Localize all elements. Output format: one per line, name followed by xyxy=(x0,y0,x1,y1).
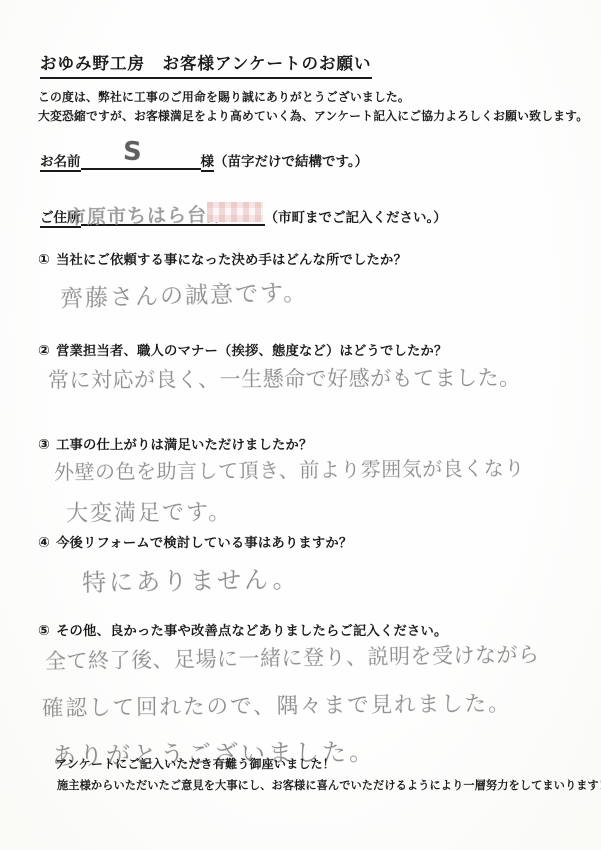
page-title: おゆみ野工房 お客様アンケートのお願い xyxy=(40,50,372,79)
question-1: ①当社にご依頼する事になった決め手はどんな所でしたか？ xyxy=(38,249,407,268)
question-1-number: ① xyxy=(38,251,50,267)
question-2: ②営業担当者、職人のマナー（挨拶、態度など）はどうでしたか？ xyxy=(38,340,447,359)
question-5: ⑤その他、良かった事や改善点などありましたらご記入ください。 xyxy=(38,620,447,639)
answer-2-line-1: 常に対応が良く、一生懸命で好感がもてました。 xyxy=(48,362,521,394)
address-field-blank-line: 市原市ちはら台東 xyxy=(81,204,265,226)
question-5-number: ⑤ xyxy=(38,622,50,638)
name-field-row: お名前S様（苗字だけで結構です。） xyxy=(40,148,368,170)
answer-1-line-1: 齊藤さんの誠意です。 xyxy=(60,274,309,313)
name-field-note: （苗字だけで結構です。） xyxy=(214,154,368,169)
question-3-text: 工事の仕上がりは満足いただけましたか？ xyxy=(56,437,312,452)
intro-line-1: この度は、弊社に工事のご用命を賜り誠にありがとうございました。 xyxy=(38,88,410,105)
question-5-text: その他、良かった事や改善点などありましたらご記入ください。 xyxy=(56,623,447,638)
name-field-label: お名前 xyxy=(40,154,81,172)
answer-3-line-2: 大変満足です。 xyxy=(66,495,233,527)
answer-4-line-1: 特にありません。 xyxy=(82,559,300,598)
question-3-number: ③ xyxy=(38,436,50,452)
footer-thanks-line: アンケートにご記入いただき有難う御座いました！ xyxy=(55,755,335,772)
answer-3-line-1: 外壁の色を助言して頂き、前より雰囲気が良くなり xyxy=(54,452,525,485)
question-4-number: ④ xyxy=(38,534,50,550)
scanned-survey-document: おゆみ野工房 お客様アンケートのお願い この度は、弊社に工事のご用命を賜り誠にあ… xyxy=(0,0,601,850)
handwritten-name-value: S xyxy=(122,137,142,168)
address-field-note: （市町までご記入ください。） xyxy=(265,210,447,225)
question-1-text: 当社にご依頼する事になった決め手はどんな所でしたか？ xyxy=(56,252,407,267)
name-field-blank-line: S xyxy=(81,148,201,170)
answer-5-line-2: 確認して回れたので、隅々まで見れました。 xyxy=(42,687,512,723)
address-field-row: ご住所市原市ちはら台東（市町までご記入ください。） xyxy=(40,204,447,226)
privacy-redaction-block xyxy=(207,202,263,222)
question-2-text: 営業担当者、職人のマナー（挨拶、態度など）はどうでしたか？ xyxy=(56,343,447,358)
question-4-text: 今後リフォームで検討している事はありますか？ xyxy=(56,535,352,550)
intro-line-2: 大変恐縮ですが、お客様満足をより高めていく為、アンケート記入にご協力よろしくお願… xyxy=(38,107,588,124)
handwritten-address-value: 市原市ちはら台東 xyxy=(66,200,226,230)
name-honorific: 様 xyxy=(201,154,215,172)
footer-pledge-line: 施主様からいただいたご意見を大事にし、お客様に喜んでいただけるようにより一層努力… xyxy=(57,777,601,793)
question-3: ③工事の仕上がりは満足いただけましたか？ xyxy=(38,434,313,453)
question-4: ④今後リフォームで検討している事はありますか？ xyxy=(38,532,352,551)
question-2-number: ② xyxy=(38,342,50,358)
answer-5-line-1: 全て終了後、足場に一緒に登り、説明を受けながら xyxy=(45,639,540,676)
